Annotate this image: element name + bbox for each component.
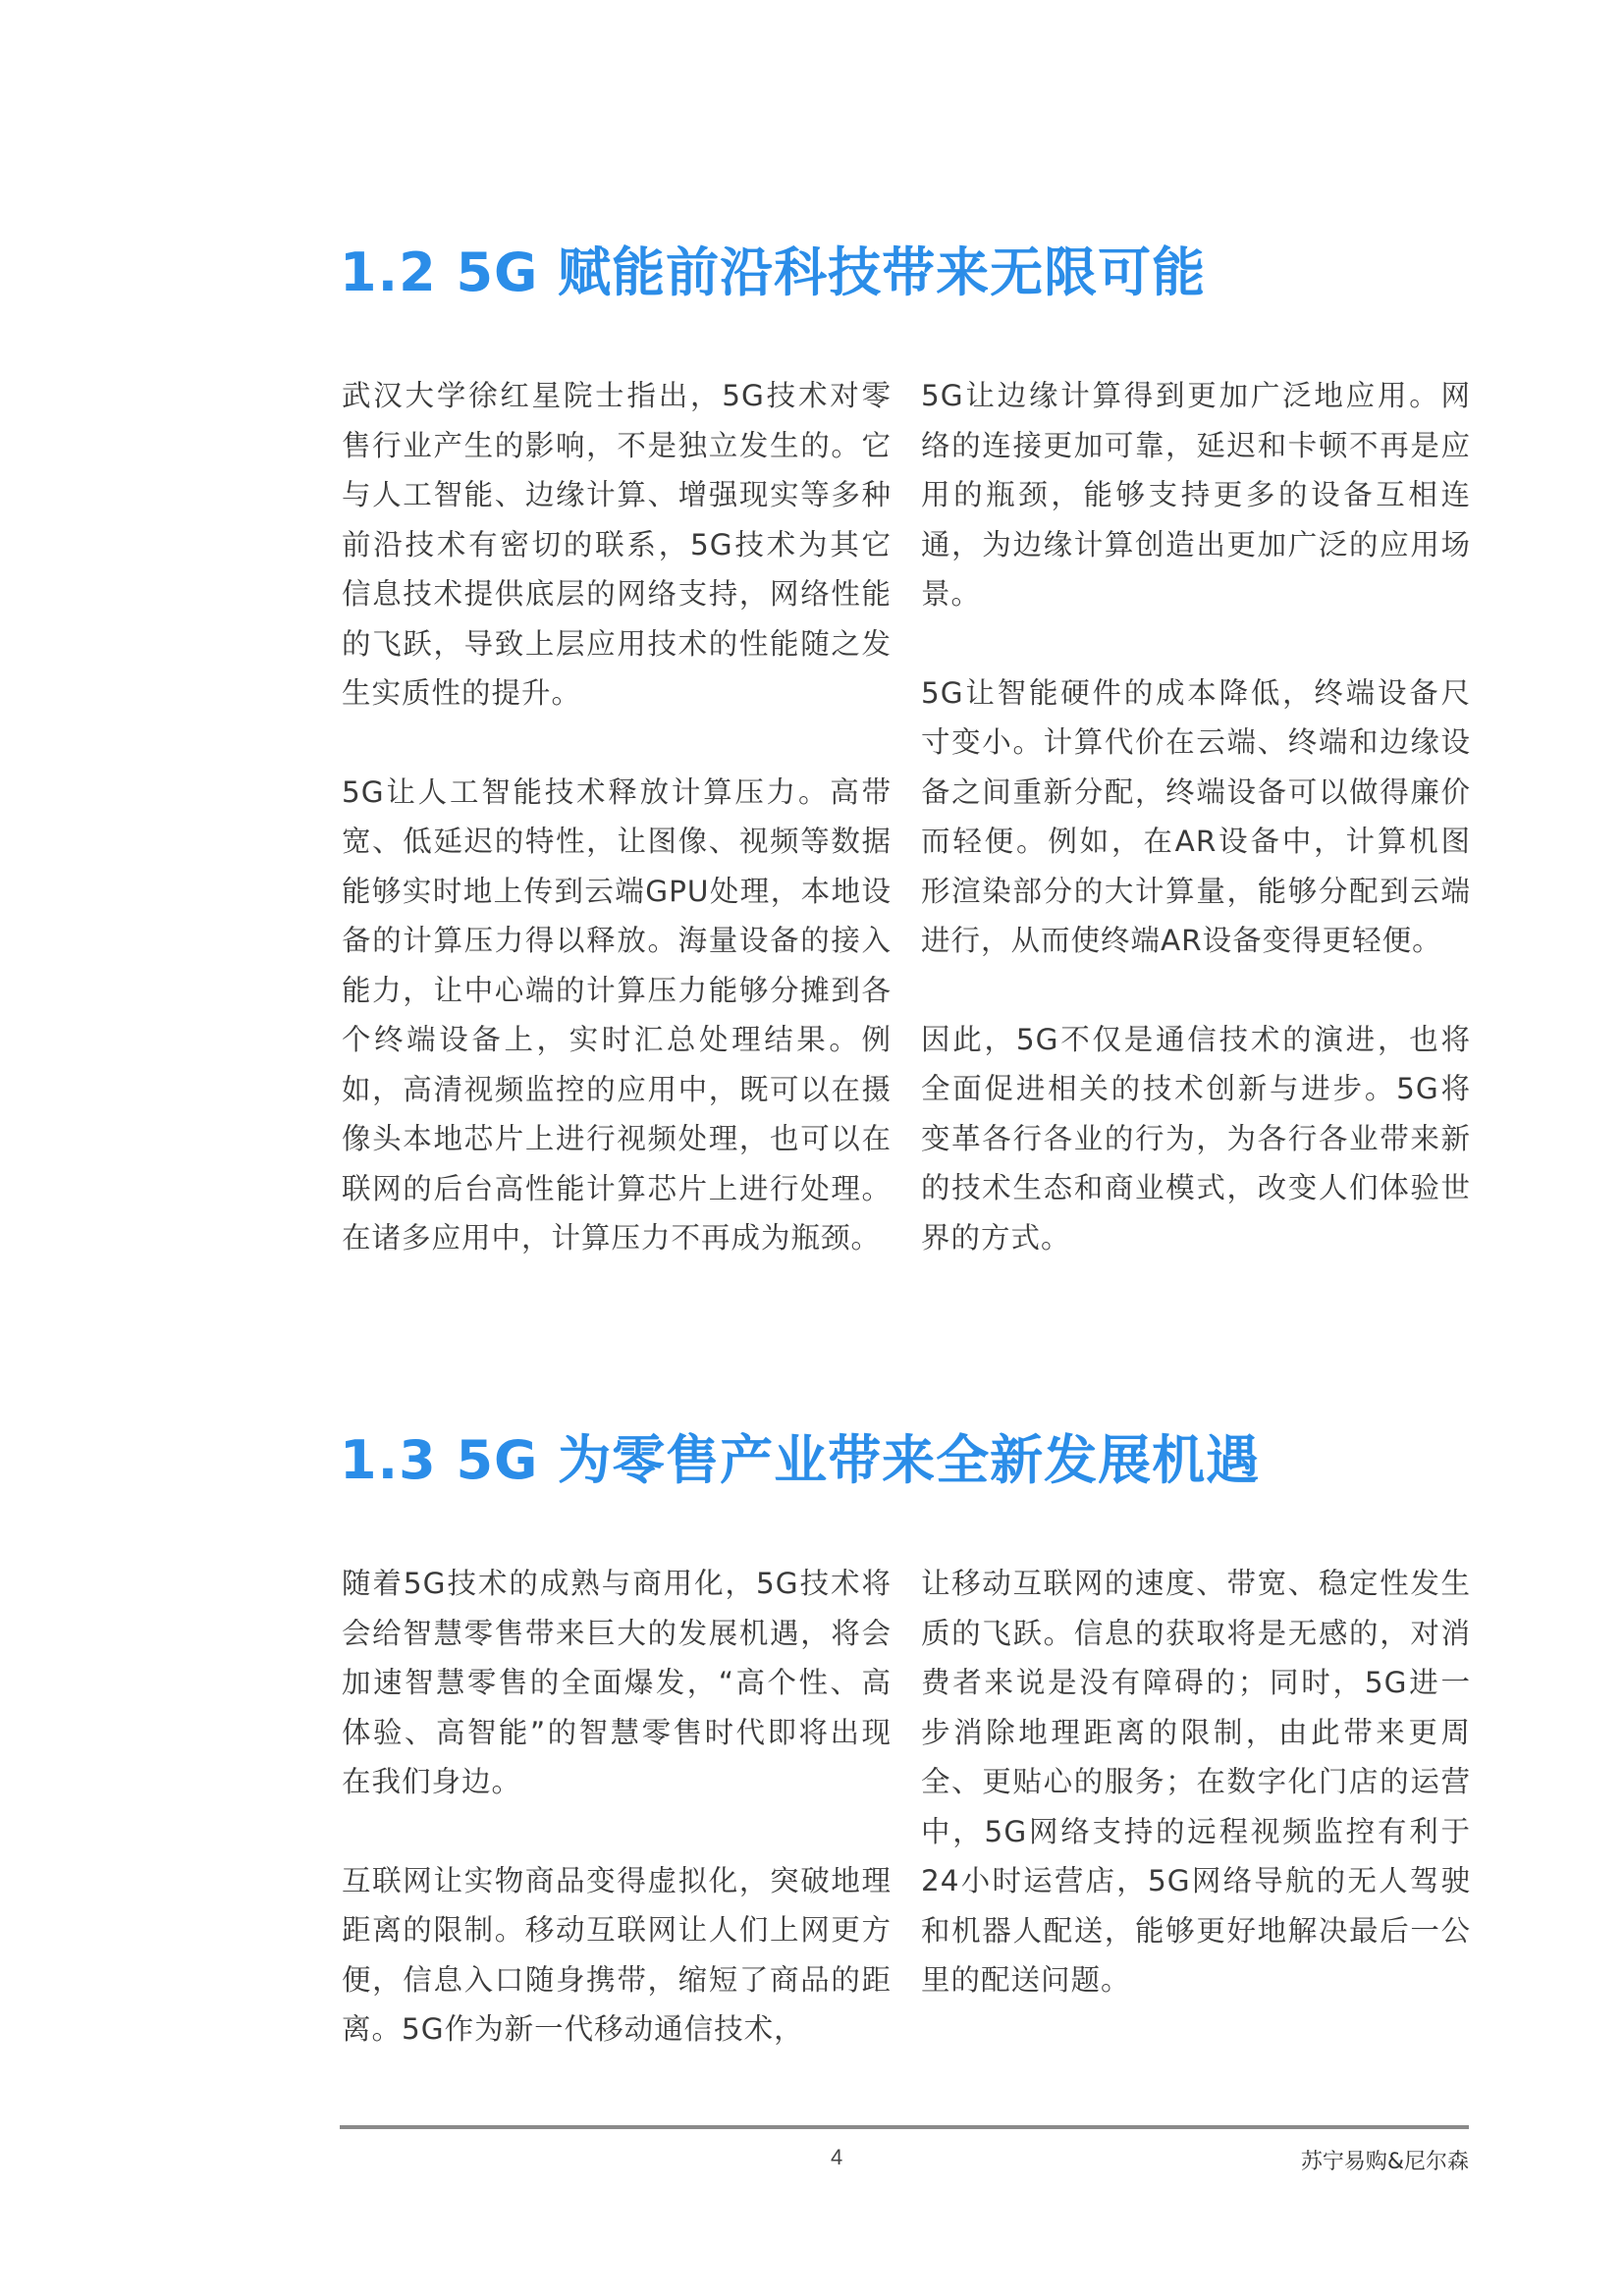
paragraph: 因此，5G不仅是通信技术的演进，也将全面促进相关的技术创新与进步。5G将变革各行… [921,1015,1471,1263]
paragraph: 武汉大学徐红星院士指出，5G技术对零售行业产生的影响，不是独立发生的。它与人工智… [342,371,892,719]
section-1-2-right-column: 5G让边缘计算得到更加广泛地应用。网络的连接更加可靠，延迟和卡顿不再是应用的瓶颈… [921,371,1471,1262]
paragraph: 随着5G技术的成熟与商用化，5G技术将会给智慧零售带来巨大的发展机遇，将会加速智… [342,1559,892,1807]
paragraph: 5G让人工智能技术释放计算压力。高带宽、低延迟的特性，让图像、视频等数据能够实时… [342,768,892,1263]
footer-brand: 苏宁易购&尼尔森 [1301,2145,1469,2175]
paragraph: 互联网让实物商品变得虚拟化，突破地理距离的限制。移动互联网让人们上网更方便，信息… [342,1856,892,2055]
section-1-2-left-column: 武汉大学徐红星院士指出，5G技术对零售行业产生的影响，不是独立发生的。它与人工智… [342,371,892,1263]
section-1-3-left-column: 随着5G技术的成熟与商用化，5G技术将会给智慧零售带来巨大的发展机遇，将会加速智… [342,1559,892,2055]
section-title-1-2: 1.2 5G 赋能前沿科技带来无限可能 [340,241,1206,304]
page-number: 4 [831,2145,842,2170]
footer-divider [340,2125,1469,2129]
section-title-1-3: 1.3 5G 为零售产业带来全新发展机遇 [340,1429,1260,1492]
paragraph: 让移动互联网的速度、带宽、稳定性发生质的飞跃。信息的获取将是无感的，对消费者来说… [921,1559,1471,2005]
paragraph: 5G让边缘计算得到更加广泛地应用。网络的连接更加可靠，延迟和卡顿不再是应用的瓶颈… [921,371,1471,619]
section-1-3-right-column: 让移动互联网的速度、带宽、稳定性发生质的飞跃。信息的获取将是无感的，对消费者来说… [921,1559,1471,2005]
paragraph: 5G让智能硬件的成本降低，终端设备尺寸变小。计算代价在云端、终端和边缘设备之间重… [921,668,1471,966]
